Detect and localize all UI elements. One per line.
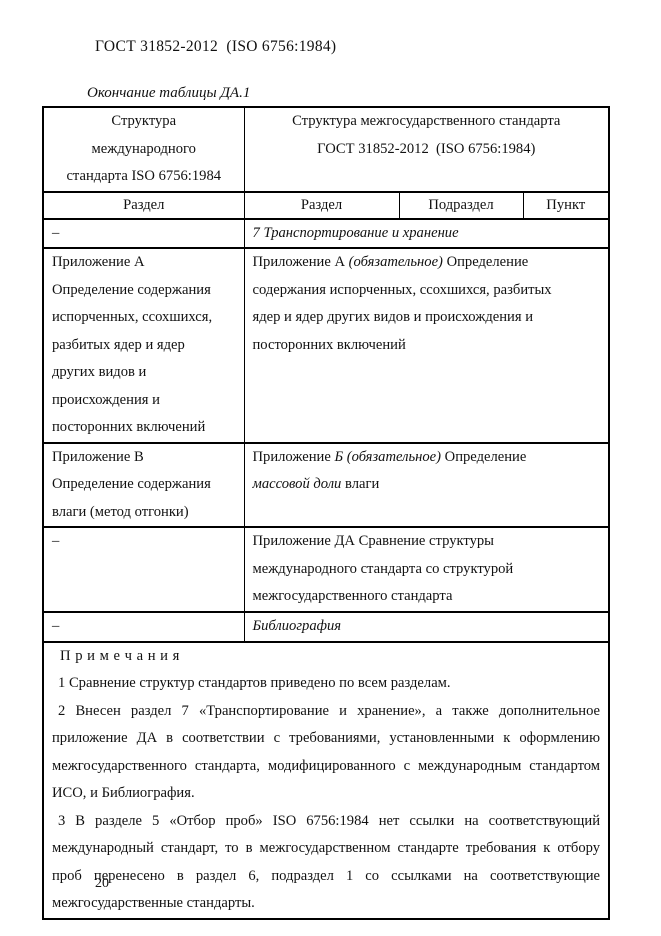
intl-structure-header-cell: Структура международного стандарта ISO 6… (43, 107, 244, 192)
row-transport: – 7 Транспортирование и хранение (43, 219, 609, 249)
gost-structure-header-cell: Структура межгосударственного стандарта … (244, 107, 609, 192)
subheader-punkt: Пункт (523, 192, 609, 219)
cell-dash: – (43, 219, 244, 249)
row-appendix-da: – Приложение ДА Сравнение структуры межд… (43, 527, 609, 612)
row-appendix-b: Приложение В Определение содержания влаг… (43, 443, 609, 528)
cell-dash: – (43, 527, 244, 612)
document-header: ГОСТ 31852-2012 (ISO 6756:1984) (95, 38, 336, 56)
subheader-razdel-left: Раздел (43, 192, 244, 219)
subheader-razdel-right: Раздел (244, 192, 399, 219)
cell-bibliography: Библиография (244, 612, 609, 642)
comparison-table: Структура международного стандарта ISO 6… (42, 106, 610, 920)
cell-appendix-a-right: Приложение А (обязательное) Определение … (244, 248, 609, 443)
table-subheader-row: Раздел Раздел Подраздел Пункт (43, 192, 609, 219)
row-bibliography: – Библиография (43, 612, 609, 642)
cell-transport: 7 Транспортирование и хранение (244, 219, 609, 249)
row-notes: П р и м е ч а н и я 1 Сравнение структур… (43, 642, 609, 919)
cell-appendix-da-right: Приложение ДА Сравнение структуры междун… (244, 527, 609, 612)
row-appendix-a: Приложение А Определение содержания испо… (43, 248, 609, 443)
cell-dash: – (43, 612, 244, 642)
cell-appendix-a-left: Приложение А Определение содержания испо… (43, 248, 244, 443)
page-number: 20 (95, 876, 109, 892)
table-header-row: Структура международного стандарта ISO 6… (43, 107, 609, 192)
note-item: 1 Сравнение структур стандартов приведен… (52, 670, 600, 698)
subheader-podrazdel: Подраздел (399, 192, 523, 219)
note-item: 2 Внесен раздел 7 «Транспортирование и х… (52, 698, 600, 808)
notes-cell: П р и м е ч а н и я 1 Сравнение структур… (43, 642, 609, 919)
document-page: ГОСТ 31852-2012 (ISO 6756:1984) Окончани… (0, 0, 661, 936)
cell-appendix-b-right: Приложение Б (обязательное) Определение … (244, 443, 609, 528)
table-caption: Окончание таблицы ДА.1 (87, 85, 250, 102)
notes-title: П р и м е ч а н и я (52, 643, 600, 671)
cell-appendix-b-left: Приложение В Определение содержания влаг… (43, 443, 244, 528)
note-item: 3 В разделе 5 «Отбор проб» ISO 6756:1984… (52, 808, 600, 918)
